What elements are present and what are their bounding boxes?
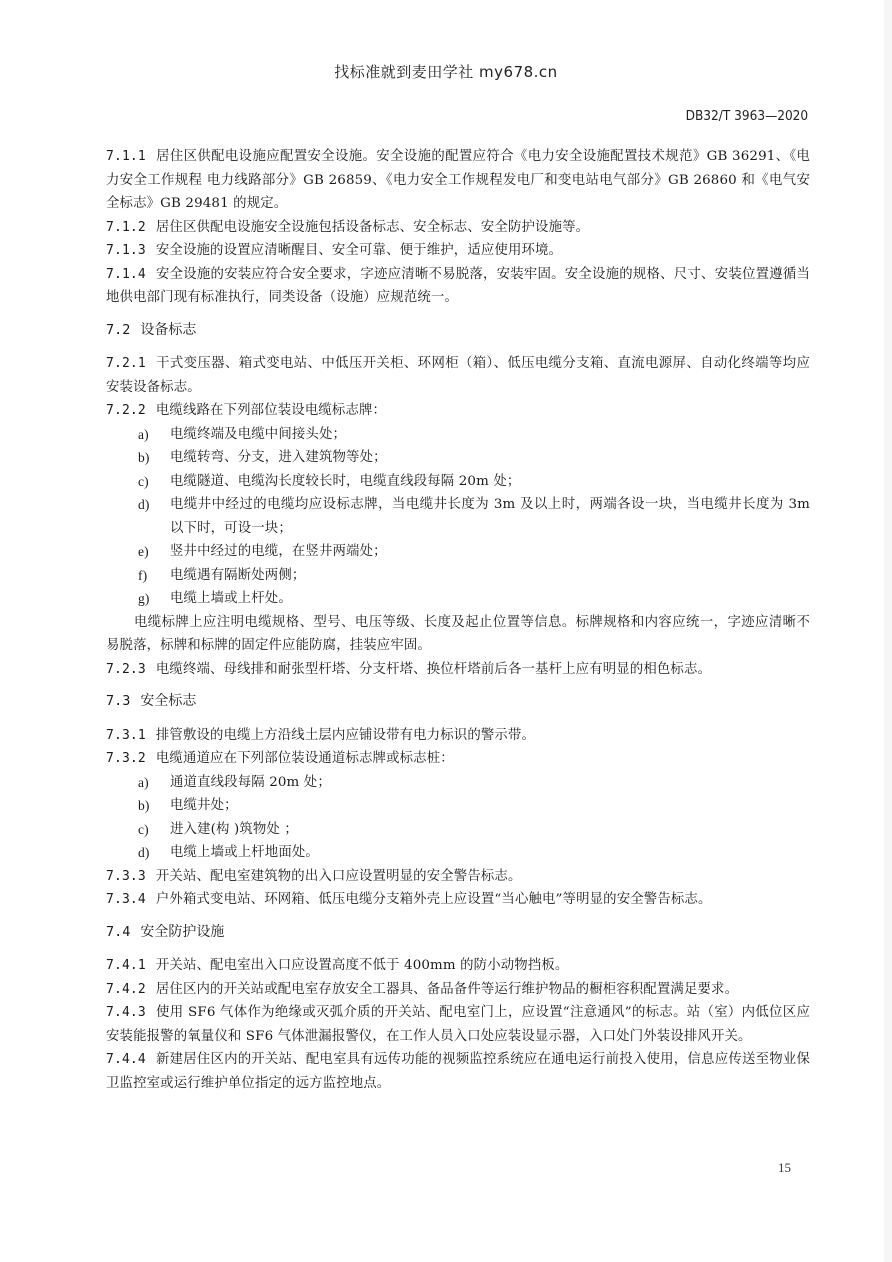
list-marker: d) bbox=[138, 493, 150, 517]
list-item: a)电缆终端及电缆中间接头处； bbox=[106, 423, 810, 447]
list-marker: d) bbox=[138, 841, 150, 865]
clause-number: 7.3.1 bbox=[106, 728, 146, 743]
clause-number: 7.3.3 bbox=[106, 869, 146, 884]
list-marker: b) bbox=[138, 794, 150, 818]
list-item-text: 电缆井中经过的电缆均应设标志牌，当电缆井长度为 3m 及以上时，两端各设一块，当… bbox=[170, 497, 810, 536]
list-item: c)进入建(构 )筑物处 ； bbox=[106, 818, 810, 842]
list-marker: a) bbox=[138, 771, 149, 795]
clause-7-4-4: 7.4.4新建居住区内的开关站、配电室具有远传功能的视频监控系统应在通电运行前投… bbox=[106, 1048, 810, 1095]
clause-text: 户外箱式变电站、环网箱、低压电缆分支箱外壳上应设置“当心触电”等明显的安全警告标… bbox=[156, 892, 712, 907]
clause-number: 7.2.2 bbox=[106, 403, 146, 418]
clause-7-3-2: 7.3.2电缆通道应在下列部位装设通道标志牌或标志桩： bbox=[106, 747, 810, 771]
clause-text: 开关站、配电室出入口应设置高度不低于 400mm 的防小动物挡板。 bbox=[156, 958, 569, 973]
clause-text: 排管敷设的电缆上方沿线土层内应铺设带有电力标识的警示带。 bbox=[156, 728, 535, 743]
clause-7-1-4: 7.1.4安全设施的安装应符合安全要求，字迹应清晰不易脱落，安装牢固。安全设施的… bbox=[106, 263, 810, 310]
section-heading-7-3: 7.3安全标志 bbox=[106, 690, 810, 714]
list-item: e)竖井中经过的电缆，在竖井两端处； bbox=[106, 540, 810, 564]
clause-7-3-3: 7.3.3开关站、配电室建筑物的出入口应设置明显的安全警告标志。 bbox=[106, 865, 810, 889]
clause-text: 开关站、配电室建筑物的出入口应设置明显的安全警告标志。 bbox=[156, 869, 522, 884]
list-marker: c) bbox=[138, 818, 149, 842]
clause-text: 电缆通道应在下列部位装设通道标志牌或标志桩： bbox=[156, 751, 454, 766]
list-item-text: 电缆终端及电缆中间接头处； bbox=[170, 427, 346, 442]
list-item-text: 电缆井处； bbox=[170, 798, 238, 813]
clause-number: 7.2.3 bbox=[106, 662, 146, 677]
clause-text: 使用 SF6 气体作为绝缘或灭弧介质的开关站、配电室门上，应设置“注意通风”的标… bbox=[106, 1005, 810, 1044]
list-item-text: 电缆转弯、分支，进入建筑物等处； bbox=[170, 450, 387, 465]
clause-number: 7.1.3 bbox=[106, 243, 146, 258]
list-item: f)电缆遇有隔断处两侧； bbox=[106, 564, 810, 588]
list-item: a)通道直线段每隔 20m 处； bbox=[106, 771, 810, 795]
list-item-text: 电缆遇有隔断处两侧； bbox=[170, 568, 305, 583]
clause-text: 电缆终端、母线排和耐张型杆塔、分支杆塔、换位杆塔前后各一基杆上应有明显的相色标志… bbox=[156, 662, 711, 677]
list-item: b)电缆转弯、分支，进入建筑物等处； bbox=[106, 446, 810, 470]
list-item: c)电缆隧道、电缆沟长度较长时，电缆直线段每隔 20m 处； bbox=[106, 470, 810, 494]
clause-number: 7.4.4 bbox=[106, 1052, 146, 1067]
clause-number: 7.4.3 bbox=[106, 1005, 146, 1020]
clause-text: 居住区供配电设施安全设施包括设备标志、安全标志、安全防护设施等。 bbox=[156, 220, 589, 235]
list-item: g)电缆上墙或上杆处。 bbox=[106, 587, 810, 611]
clause-7-4-1: 7.4.1开关站、配电室出入口应设置高度不低于 400mm 的防小动物挡板。 bbox=[106, 954, 810, 978]
list-item-text: 进入建(构 )筑物处 ； bbox=[170, 822, 298, 837]
page-edge-strip bbox=[884, 0, 892, 1262]
clause-7-1-1: 7.1.1居住区供配电设施应配置安全设施。安全设施的配置应符合《电力安全设施配置… bbox=[106, 145, 810, 216]
list-marker: g) bbox=[138, 587, 150, 611]
clause-7-2-1: 7.2.1干式变压器、箱式变电站、中低压开关柜、环网柜（箱）、低压电缆分支箱、直… bbox=[106, 352, 810, 399]
cable-sign-locations-list: a)电缆终端及电缆中间接头处； b)电缆转弯、分支，进入建筑物等处； c)电缆隧… bbox=[106, 423, 810, 611]
list-item-text: 电缆上墙或上杆地面处。 bbox=[170, 845, 319, 860]
document-id: DB32/T 3963—2020 bbox=[685, 108, 808, 124]
section-number: 7.4 bbox=[106, 924, 130, 940]
clause-text: 安全设施的安装应符合安全要求，字迹应清晰不易脱落，安装牢固。安全设施的规格、尺寸… bbox=[106, 267, 810, 306]
list-marker: f) bbox=[138, 564, 147, 588]
section-number: 7.3 bbox=[106, 693, 130, 709]
list-item-text: 电缆隧道、电缆沟长度较长时，电缆直线段每隔 20m 处； bbox=[170, 474, 520, 489]
list-item-text: 竖井中经过的电缆，在竖井两端处； bbox=[170, 544, 387, 559]
clause-number: 7.1.2 bbox=[106, 220, 146, 235]
section-title: 安全防护设施 bbox=[140, 924, 224, 940]
list-marker: e) bbox=[138, 540, 149, 564]
clause-number: 7.3.2 bbox=[106, 751, 146, 766]
clause-text: 干式变压器、箱式变电站、中低压开关柜、环网柜（箱）、低压电缆分支箱、直流电源屏、… bbox=[106, 356, 810, 395]
clause-7-3-4: 7.3.4户外箱式变电站、环网箱、低压电缆分支箱外壳上应设置“当心触电”等明显的… bbox=[106, 888, 810, 912]
cable-sign-note: 电缆标牌上应注明电缆规格、型号、电压等级、长度及起止位置等信息。标牌规格和内容应… bbox=[106, 611, 810, 658]
section-title: 设备标志 bbox=[140, 322, 196, 338]
clause-text: 新建居住区内的开关站、配电室具有远传功能的视频监控系统应在通电运行前投入使用，信… bbox=[106, 1052, 810, 1091]
clause-number: 7.1.4 bbox=[106, 267, 146, 282]
section-heading-7-4: 7.4安全防护设施 bbox=[106, 921, 810, 945]
clause-text: 居住区供配电设施应配置安全设施。安全设施的配置应符合《电力安全设施配置技术规范》… bbox=[106, 149, 810, 211]
clause-7-3-1: 7.3.1排管敷设的电缆上方沿线土层内应铺设带有电力标识的警示带。 bbox=[106, 724, 810, 748]
clause-number: 7.4.1 bbox=[106, 958, 146, 973]
clause-number: 7.4.2 bbox=[106, 982, 146, 997]
channel-sign-locations-list: a)通道直线段每隔 20m 处； b)电缆井处； c)进入建(构 )筑物处 ； … bbox=[106, 771, 810, 865]
clause-7-4-3: 7.4.3使用 SF6 气体作为绝缘或灭弧介质的开关站、配电室门上，应设置“注意… bbox=[106, 1001, 810, 1048]
clause-text: 安全设施的设置应清晰醒目、安全可靠、便于维护，适应使用环境。 bbox=[156, 243, 562, 258]
list-item: d)电缆上墙或上杆地面处。 bbox=[106, 841, 810, 865]
clause-number: 7.1.1 bbox=[106, 149, 146, 164]
page-number: 15 bbox=[778, 1160, 791, 1176]
clause-text: 居住区内的开关站或配电室存放安全工器具、备品备件等运行维护物品的橱柜容积配置满足… bbox=[156, 982, 738, 997]
watermark-header: 找标准就到麦田学社 my678.cn bbox=[0, 61, 892, 82]
document-body: 7.1.1居住区供配电设施应配置安全设施。安全设施的配置应符合《电力安全设施配置… bbox=[106, 145, 810, 1095]
section-heading-7-2: 7.2设备标志 bbox=[106, 319, 810, 343]
clause-7-2-2: 7.2.2电缆线路在下列部位装设电缆标志牌： bbox=[106, 399, 810, 423]
clause-7-4-2: 7.4.2居住区内的开关站或配电室存放安全工器具、备品备件等运行维护物品的橱柜容… bbox=[106, 978, 810, 1002]
clause-number: 7.2.1 bbox=[106, 356, 146, 371]
list-item-text: 电缆上墙或上杆处。 bbox=[170, 591, 292, 606]
clause-7-2-3: 7.2.3电缆终端、母线排和耐张型杆塔、分支杆塔、换位杆塔前后各一基杆上应有明显… bbox=[106, 658, 810, 682]
list-item: d)电缆井中经过的电缆均应设标志牌，当电缆井长度为 3m 及以上时，两端各设一块… bbox=[106, 493, 810, 540]
list-marker: a) bbox=[138, 423, 149, 447]
section-title: 安全标志 bbox=[140, 693, 196, 709]
clause-text: 电缆线路在下列部位装设电缆标志牌： bbox=[156, 403, 386, 418]
clause-7-1-2: 7.1.2居住区供配电设施安全设施包括设备标志、安全标志、安全防护设施等。 bbox=[106, 216, 810, 240]
section-number: 7.2 bbox=[106, 322, 130, 338]
list-marker: c) bbox=[138, 470, 149, 494]
clause-7-1-3: 7.1.3安全设施的设置应清晰醒目、安全可靠、便于维护，适应使用环境。 bbox=[106, 239, 810, 263]
list-marker: b) bbox=[138, 446, 150, 470]
list-item: b)电缆井处； bbox=[106, 794, 810, 818]
list-item-text: 通道直线段每隔 20m 处； bbox=[170, 775, 331, 790]
clause-number: 7.3.4 bbox=[106, 892, 146, 907]
